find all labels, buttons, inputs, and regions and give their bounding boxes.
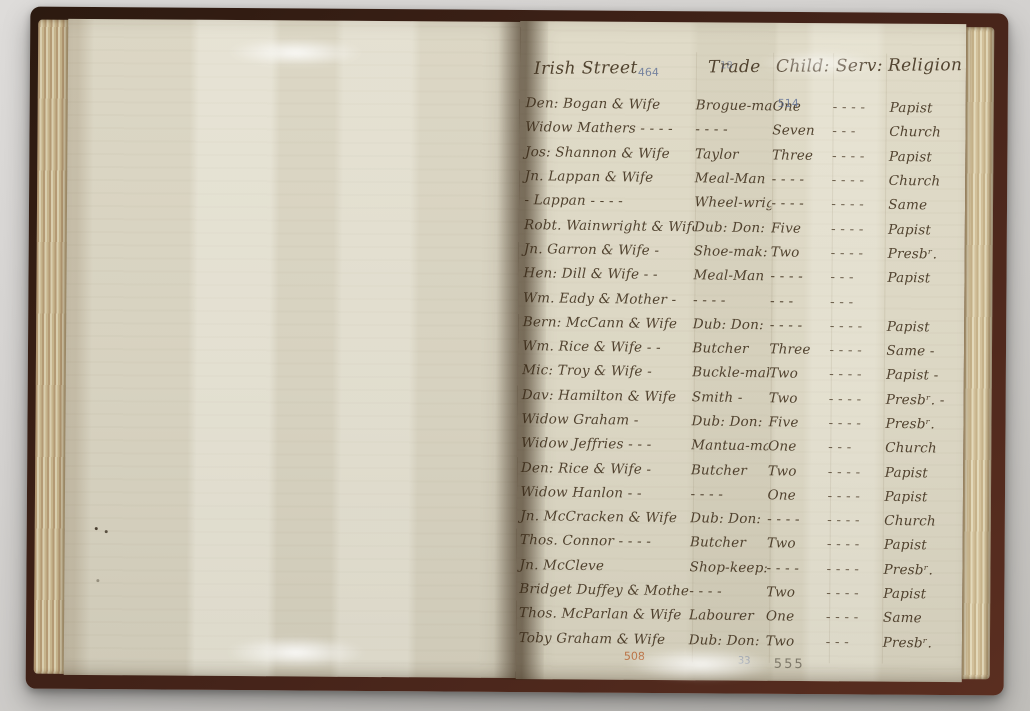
child-count-cell: - - - - [770,269,830,286]
photo-background: Irish Street Trade Child: Serv: Religion… [0,0,1030,711]
trade-cell: Shoe-mak: [694,243,771,260]
servants-cell: - - - - [828,464,881,481]
religion-cell: Papist [880,537,960,554]
child-count-cell: Two [766,584,826,601]
religion-cell: Church [881,440,961,457]
religion-cell: Church [885,124,965,141]
religion-cell: Papist [880,489,960,506]
religion-cell: Papist - [882,367,962,384]
servants-cell: - - - - [831,196,884,213]
servants-cell: - - - - [827,512,880,529]
column-header-serv: Serv: [833,56,886,82]
servants-cell: - - - - [832,148,885,165]
servants-cell: - - - [832,124,885,141]
trade-cell: Butcher [691,462,768,479]
column-header-child: Child: [773,56,833,83]
pencil-annotation-18: 18 [720,60,733,71]
religion-cell: Same [879,610,959,627]
pencil-annotation-514: 514 [778,97,799,110]
religion-cell: Presbʳ. [881,416,961,433]
servants-cell: - - - - [829,391,882,408]
column-header-religion: Religion [886,55,966,82]
child-count-cell: One [767,487,827,504]
trade-cell: Smith - [692,389,769,406]
trade-cell: Wheel-wright [694,195,771,212]
child-count-cell: Two [766,633,826,650]
trade-cell: Meal-Man [695,170,772,187]
servants-cell: - - - [830,294,883,311]
child-count-cell: Two [769,366,829,383]
religion-cell: Church [880,513,960,530]
servants-cell: - - - - [827,537,880,554]
child-count-cell: Two [767,536,827,553]
religion-cell: Papist [883,319,963,336]
religion-cell: Presbʳ. - [882,391,962,408]
blank-left-page [64,19,521,678]
ledger-header-row: Irish Street Trade Child: Serv: Religion [520,55,966,85]
religion-cell: Papist [881,464,961,481]
child-count-cell: - - - - [767,511,827,528]
religion-cell: Papist [879,586,959,603]
religion-cell: Papist [883,270,963,287]
servants-cell: - - - - [829,366,882,383]
pencil-annotation-555: 555 [774,657,805,672]
servants-cell: - - - - [828,415,881,432]
child-count-cell: Five [768,414,828,431]
column-header-trade: Trade [696,57,773,84]
servants-cell: - - - - [830,318,883,335]
servants-cell: - - - - [831,245,884,262]
child-count-cell: Two [768,463,828,480]
ledger-rows: Den: Bogan & WifeBrogue-mak:One- - - -Pa… [513,91,966,656]
servants-cell: - - - - [832,172,885,189]
trade-cell: Dub: Don: [691,413,768,430]
pencil-annotation-33: 33 [738,656,751,667]
servants-cell: - - - - [827,488,880,505]
servants-cell: - - - - [829,342,882,359]
ledger-right-page: Irish Street Trade Child: Serv: Religion… [516,21,967,682]
child-count-cell: One [768,439,828,456]
trade-cell: Shop-keep: [689,559,766,576]
trade-cell: Mantua-mak: [691,438,768,455]
ledger-row: Toby Graham & WifeDub: Don:Two- - -Presb… [513,625,959,655]
child-count-cell: One [766,609,826,626]
trade-cell: Butcher [690,535,767,552]
servants-cell: - - - [828,439,881,456]
religion-cell: Same - [882,343,962,360]
religion-cell: Papist [885,149,965,166]
child-count-cell: Three [769,341,829,358]
ledger-table: Irish Street Trade Child: Serv: Religion… [516,21,967,682]
child-count-cell: - - - - [766,560,826,577]
servants-cell: - - - - [826,561,879,578]
book-gutter-shadow [494,20,549,680]
child-count-cell: - - - - [771,196,831,213]
religion-cell: Papist [886,100,966,117]
child-count-cell: - - - [770,293,830,310]
trade-cell: - - - - [689,583,766,600]
trade-cell: - - - - [693,292,770,309]
trade-cell: Buckle-mak: [692,365,769,382]
child-count-cell: - - - - [770,317,830,334]
right-page-fore-edge [962,27,995,679]
servants-cell: - - - [830,269,883,286]
child-count-cell: Two [769,390,829,407]
trade-cell: Butcher [692,340,769,357]
trade-cell: Dub: Don: [693,316,770,333]
trade-cell: Dub: Don: [689,632,766,649]
religion-cell: Church [885,173,965,190]
servants-cell: - - - - [833,99,886,116]
child-count-cell: Five [771,220,831,237]
trade-cell: Dub: Don: [694,219,771,236]
child-count-cell: - - - - [772,171,832,188]
servants-cell: - - - - [831,221,884,238]
trade-cell: Labourer [689,608,766,625]
child-count-cell: Three [772,147,832,164]
servants-cell: - - - - [826,585,879,602]
religion-cell: Presbʳ. [884,246,964,263]
pencil-annotation-508: 508 [624,650,645,663]
religion-cell: Presbʳ. [879,634,959,651]
child-count-cell: Two [771,244,831,261]
trade-cell: Dub: Don: [690,510,767,527]
servants-cell: - - - - [826,609,879,626]
ink-specks [95,527,98,530]
trade-cell: Meal-Man [693,268,770,285]
religion-cell: Same [884,197,964,214]
trade-cell: - - - - [695,122,772,139]
religion-cell: Presbʳ. [879,562,959,579]
servants-cell: - - - [826,634,879,651]
religion-cell: Papist [884,221,964,238]
trade-cell: - - - - [690,486,767,503]
religion-cell [883,302,963,303]
child-count-cell: Seven [772,123,832,140]
trade-cell: Taylor [695,146,772,163]
pencil-annotation-464: 464 [638,66,659,79]
ledger-book: Irish Street Trade Child: Serv: Religion… [26,7,1009,696]
trade-cell: Brogue-mak: [696,97,773,114]
